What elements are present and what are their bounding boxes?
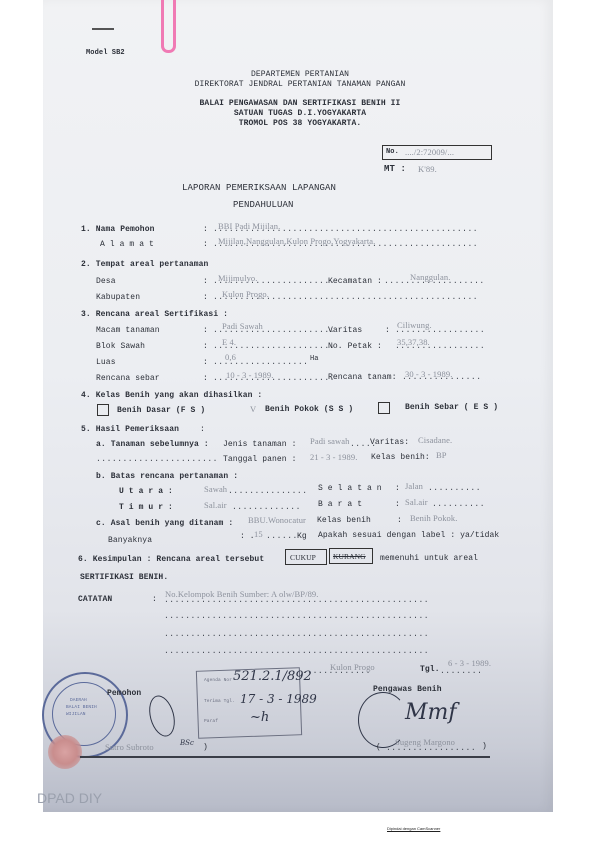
timur-label: T i m u r : (119, 503, 173, 512)
cukup-option[interactable]: CUKUP (285, 549, 327, 565)
barat-value: Sal.air (405, 497, 428, 507)
label-question: Apakah sesuai dengan label : ya/tidak (318, 531, 499, 540)
rencana-heading: 3. Rencana areal Sertifikasi : (81, 310, 228, 319)
benih-sebar-label: Benih Sebar ( E S ) (405, 403, 498, 412)
kabupaten-label: Kabupaten (96, 293, 140, 302)
pengawas-signature: Mmf (405, 700, 457, 725)
scanner-footer: Dipindai dengan CamScanner (387, 826, 440, 831)
tanaman-sebelumnya-label: a. Tanaman sebelumnya : (96, 440, 209, 449)
luas-unit: Ha (310, 355, 319, 363)
tanggal-panen-value: 21 - 3 - 1989. (310, 452, 357, 462)
varitas-sebelumnya-label: Varitas: (370, 438, 409, 447)
paraf-signature: ~h (250, 710, 269, 725)
rencana-sebar-value: 10 - 3 - 1989. (226, 370, 273, 380)
asal-benih-label: c. Asal benih yang ditanam : (96, 519, 233, 528)
header-mark (92, 28, 114, 30)
kelas-benih-sebelumnya-value: BP (436, 450, 447, 460)
luas-value: 0,6 (225, 352, 236, 362)
catatan-label: CATATAN (78, 595, 112, 604)
cukup-label: CUKUP (290, 553, 316, 562)
luas-label: Luas (96, 358, 116, 367)
report-title: LAPORAN PEMERIKSAAN LAPANGAN (182, 183, 336, 193)
hasil-heading: 5. Hasil Pemeriksaan (81, 425, 179, 434)
macam-tanaman-value: Padi Sawah (222, 321, 263, 331)
barat-label: B a r a t (318, 500, 362, 509)
alamat-label: A l a m a t (100, 240, 154, 249)
no-petak-label: No. Petak : (328, 342, 382, 351)
kurang-option[interactable]: KURANG (329, 548, 373, 564)
balai-name: BALAI PENGAWASAN DAN SERTIFIKASI BENIH I… (150, 99, 450, 108)
number-value: ..../2:72009/... (405, 147, 454, 157)
benih-dasar-label: Benih Dasar (F S ) (117, 406, 205, 415)
banyaknya-label: Banyaknya (108, 536, 152, 545)
kelas-benih-asal-label: Kelas benih (317, 516, 371, 525)
catatan-value: No.Kelompok Benih Sumber: A olw/BP/89. (165, 589, 319, 599)
tgl-label: Tgl. (420, 665, 440, 674)
sertifikasi-benih: SERTIFIKASI BENIH. (80, 573, 168, 582)
signoff-date: 6 - 3 - 1989. (448, 658, 491, 668)
banyaknya-unit: Kg (297, 532, 307, 541)
selatan-value: Jalan (405, 481, 423, 491)
tanggal-panen-label: Tanggal panen : (223, 455, 297, 464)
rencana-tanam-value: 30 - 3 - 1989. (405, 369, 452, 379)
nama-pemohon-value: BBI Padi Mijilan. (218, 221, 280, 231)
round-stamp-line3: WIJILAN (66, 712, 86, 717)
tromol-pos: TROMOL POS 38 YOGYAKARTA. (150, 119, 450, 128)
document-number-box: No. ..../2:72009/... (382, 145, 492, 160)
paper-clip (161, 0, 176, 53)
bottom-rule (80, 756, 490, 758)
dpad-seal-icon (48, 735, 82, 769)
directorate: DIREKTORAT JENDRAL PERTANIAN TANAMAN PAN… (150, 80, 450, 89)
kelas-benih-sebelumnya-label: Kelas benih: (371, 453, 430, 462)
kurang-label: KURANG (333, 552, 366, 561)
report-subtitle: PENDAHULUAN (233, 200, 294, 210)
jenis-tanaman-value: Padi sawah (310, 436, 349, 446)
kecamatan-label: Kecamatan : (328, 277, 382, 286)
pemohon-label: Pemohon (107, 689, 141, 698)
blok-sawah-label: Blok Sawah (96, 342, 145, 351)
rencana-tanam-label: Rencana tanam: (328, 373, 397, 382)
kesimpulan-tail: memenuhi untuk areal (380, 554, 478, 563)
timur-value: Sal.air (204, 500, 227, 510)
desa-label: Desa (96, 277, 116, 286)
macam-tanaman-label: Macam tanaman (96, 326, 160, 335)
department: DEPARTEMEN PERTANIAN (150, 70, 450, 79)
agenda-value: 521.2.1/892 (233, 669, 312, 684)
alamat-value: Mijilan,Nanggulan,Kulon Progo,Yogyakarta… (218, 236, 375, 246)
round-stamp-line1: DAERAH (70, 698, 87, 703)
model-label: Model SB2 (86, 49, 125, 57)
round-stamp-line2: BALAI BENIH (66, 705, 97, 710)
agenda-label: Agenda Nor (204, 678, 232, 683)
benih-pokok-label: Benih Pokok (S S ) (265, 405, 353, 414)
benih-sebar-checkbox[interactable] (378, 402, 390, 414)
tempat-heading: 2. Tempat areal pertanaman (81, 260, 208, 269)
mt-label: MT : (384, 164, 406, 174)
kelas-benih-heading: 4. Kelas Benih yang akan dihasilkan : (81, 391, 262, 400)
varitas-sebelumnya-value: Cisadane. (418, 435, 452, 445)
number-label: No. (386, 148, 399, 156)
nama-pemohon-label: 1. Nama Pemohon (81, 225, 155, 234)
selatan-label: S e l a t a n (318, 484, 382, 493)
asal-benih-value: BBU.Wonocatur (248, 515, 306, 525)
benih-dasar-checkbox[interactable] (97, 404, 109, 416)
varitas-value: Ciliwung. (397, 320, 432, 330)
pemohon-suffix: BSc (180, 739, 194, 747)
banyaknya-value: 15 (254, 529, 263, 539)
batas-heading: b. Batas rencana pertanaman : (96, 472, 238, 481)
terima-label: Terima Tgl. (204, 699, 235, 704)
no-petak-value: 35,37,38. (397, 337, 430, 347)
kesimpulan-label: 6. Kesimpulan : Rencana areal tersebut (78, 555, 264, 564)
kelas-benih-asal-value: Benih Pokok. (410, 513, 457, 523)
benih-pokok-check-mark[interactable]: V (250, 404, 256, 414)
utara-value: Sawah (204, 484, 227, 494)
pemohon-name: Sutro Subroto (105, 742, 154, 752)
jenis-tanaman-label: Jenis tanaman : (223, 440, 297, 449)
desa-value: Mijimulyo. (218, 273, 258, 283)
satuan-tugas: SATUAN TUGAS D.I.YOGYAKARTA (150, 109, 450, 118)
rencana-sebar-label: Rencana sebar (96, 374, 160, 383)
blok-sawah-value: E 4. (222, 337, 236, 347)
utara-label: U t a r a : (119, 487, 173, 496)
kecamatan-value: Nanggulan. (410, 272, 450, 282)
mt-value: K'89. (418, 164, 437, 174)
varitas-label: Varitas (328, 326, 362, 335)
signoff-place: Kulon Progo (330, 662, 375, 672)
watermark: DPAD DIY (37, 790, 102, 806)
terima-value: 17 - 3 - 1989 (240, 692, 317, 706)
kabupaten-value: Kulon Progo. (222, 289, 269, 299)
paraf-label: Paraf (204, 719, 218, 724)
pengawas-name: Sugeng Margono (395, 737, 455, 747)
